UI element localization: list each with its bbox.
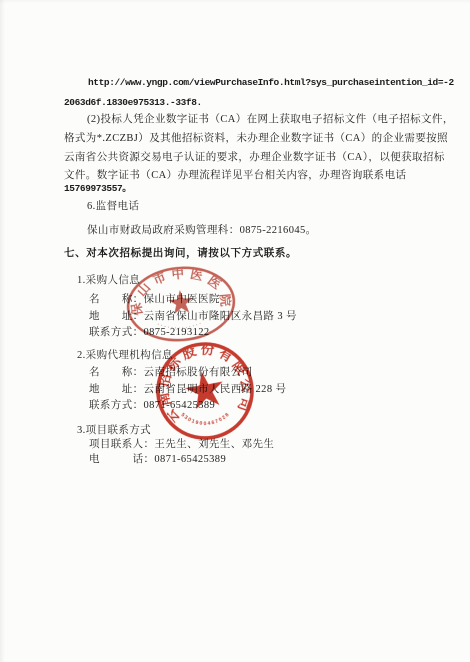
agency-info-heading: 2.采购代理机构信息 <box>77 349 173 362</box>
paragraph-ca-line-2: 格式为*.ZCZBJ）及其他招标资料，未办理企业数字证书（CA）的企业需要按照 <box>64 132 448 145</box>
agency-contact-line: 联系方式：0871-65425389 <box>89 399 215 412</box>
purchaser-address-line: 地 址：云南省保山市隆阳区永昌路 3 号 <box>89 310 297 323</box>
purchaser-contact-line: 联系方式：0875-2193122 <box>89 326 210 339</box>
project-contacts-line: 项目联系人：王先生、刘先生、邓先生 <box>89 438 274 451</box>
paragraph-ca-line-1: (2)投标人凭企业数字证书（CA）在网上获取电子招标文件（电子招标文件， <box>87 113 454 126</box>
scanned-document-page: http://www.yngp.com/viewPurchaseInfo.htm… <box>0 0 470 662</box>
project-contact-heading: 3.项目联系方式 <box>77 424 151 437</box>
agency-seal-name: 云南招标股份有限公司 <box>147 333 259 429</box>
ca-hotline-number: 15769973557。 <box>64 182 131 195</box>
purchaser-info-heading: 1.采购人信息 <box>77 274 140 287</box>
url-line-2: 2063d6f.1830e975313.-33f8. <box>64 96 202 109</box>
supervision-phone-line: 保山市财政局政府采购管理科：0875-2216045。 <box>87 224 317 237</box>
paragraph-ca-line-4: 文件。数字证书（CA）办理流程详见平台相关内容，办理咨询联系电话 <box>64 169 406 182</box>
agency-address-line: 地 址：云南省昆明市人民西路 228 号 <box>89 383 286 396</box>
url-line-1: http://www.yngp.com/viewPurchaseInfo.htm… <box>88 76 454 89</box>
paragraph-ca-line-3: 云南省公共资源交易电子认证的要求，办理企业数字证书（CA），以便获取招标 <box>64 151 445 164</box>
purchaser-name-line: 名 称：保山市中医医院 <box>89 293 220 306</box>
section-7-heading: 七、对本次招标提出询问，请按以下方式联系。 <box>64 247 297 260</box>
project-phone-line: 电 话：0871-65425389 <box>89 453 226 466</box>
supervision-phone-heading: 6.监督电话 <box>87 200 139 213</box>
agency-name-line: 名 称：云南招标股份有限公司 <box>89 366 253 379</box>
purchaser-seal-name: 保山市中医医院 <box>126 262 234 317</box>
